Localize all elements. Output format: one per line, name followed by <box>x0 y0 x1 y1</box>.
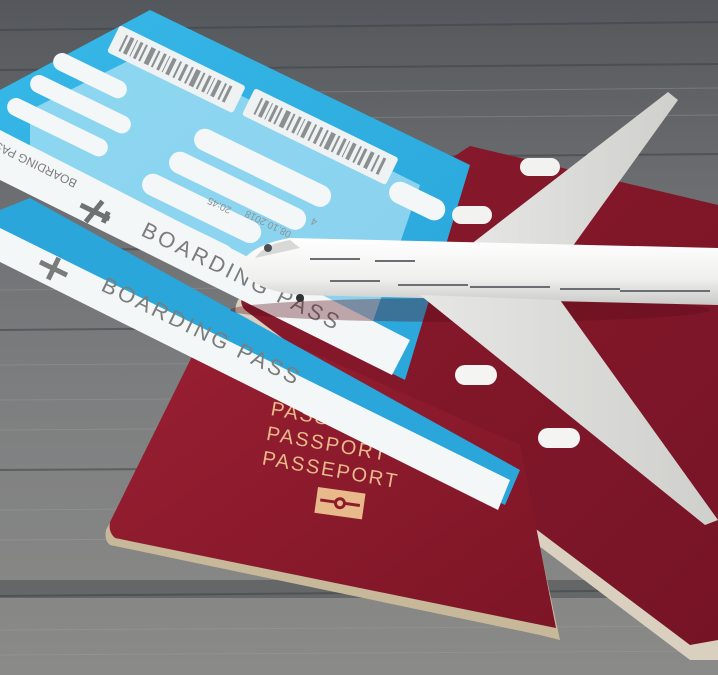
travel-photo: PASSEPO PASSPORT PASSEPORT BOARDING PASS <box>0 0 718 675</box>
photo-canvas: PASSEPO PASSPORT PASSEPORT BOARDING PASS <box>0 0 718 675</box>
